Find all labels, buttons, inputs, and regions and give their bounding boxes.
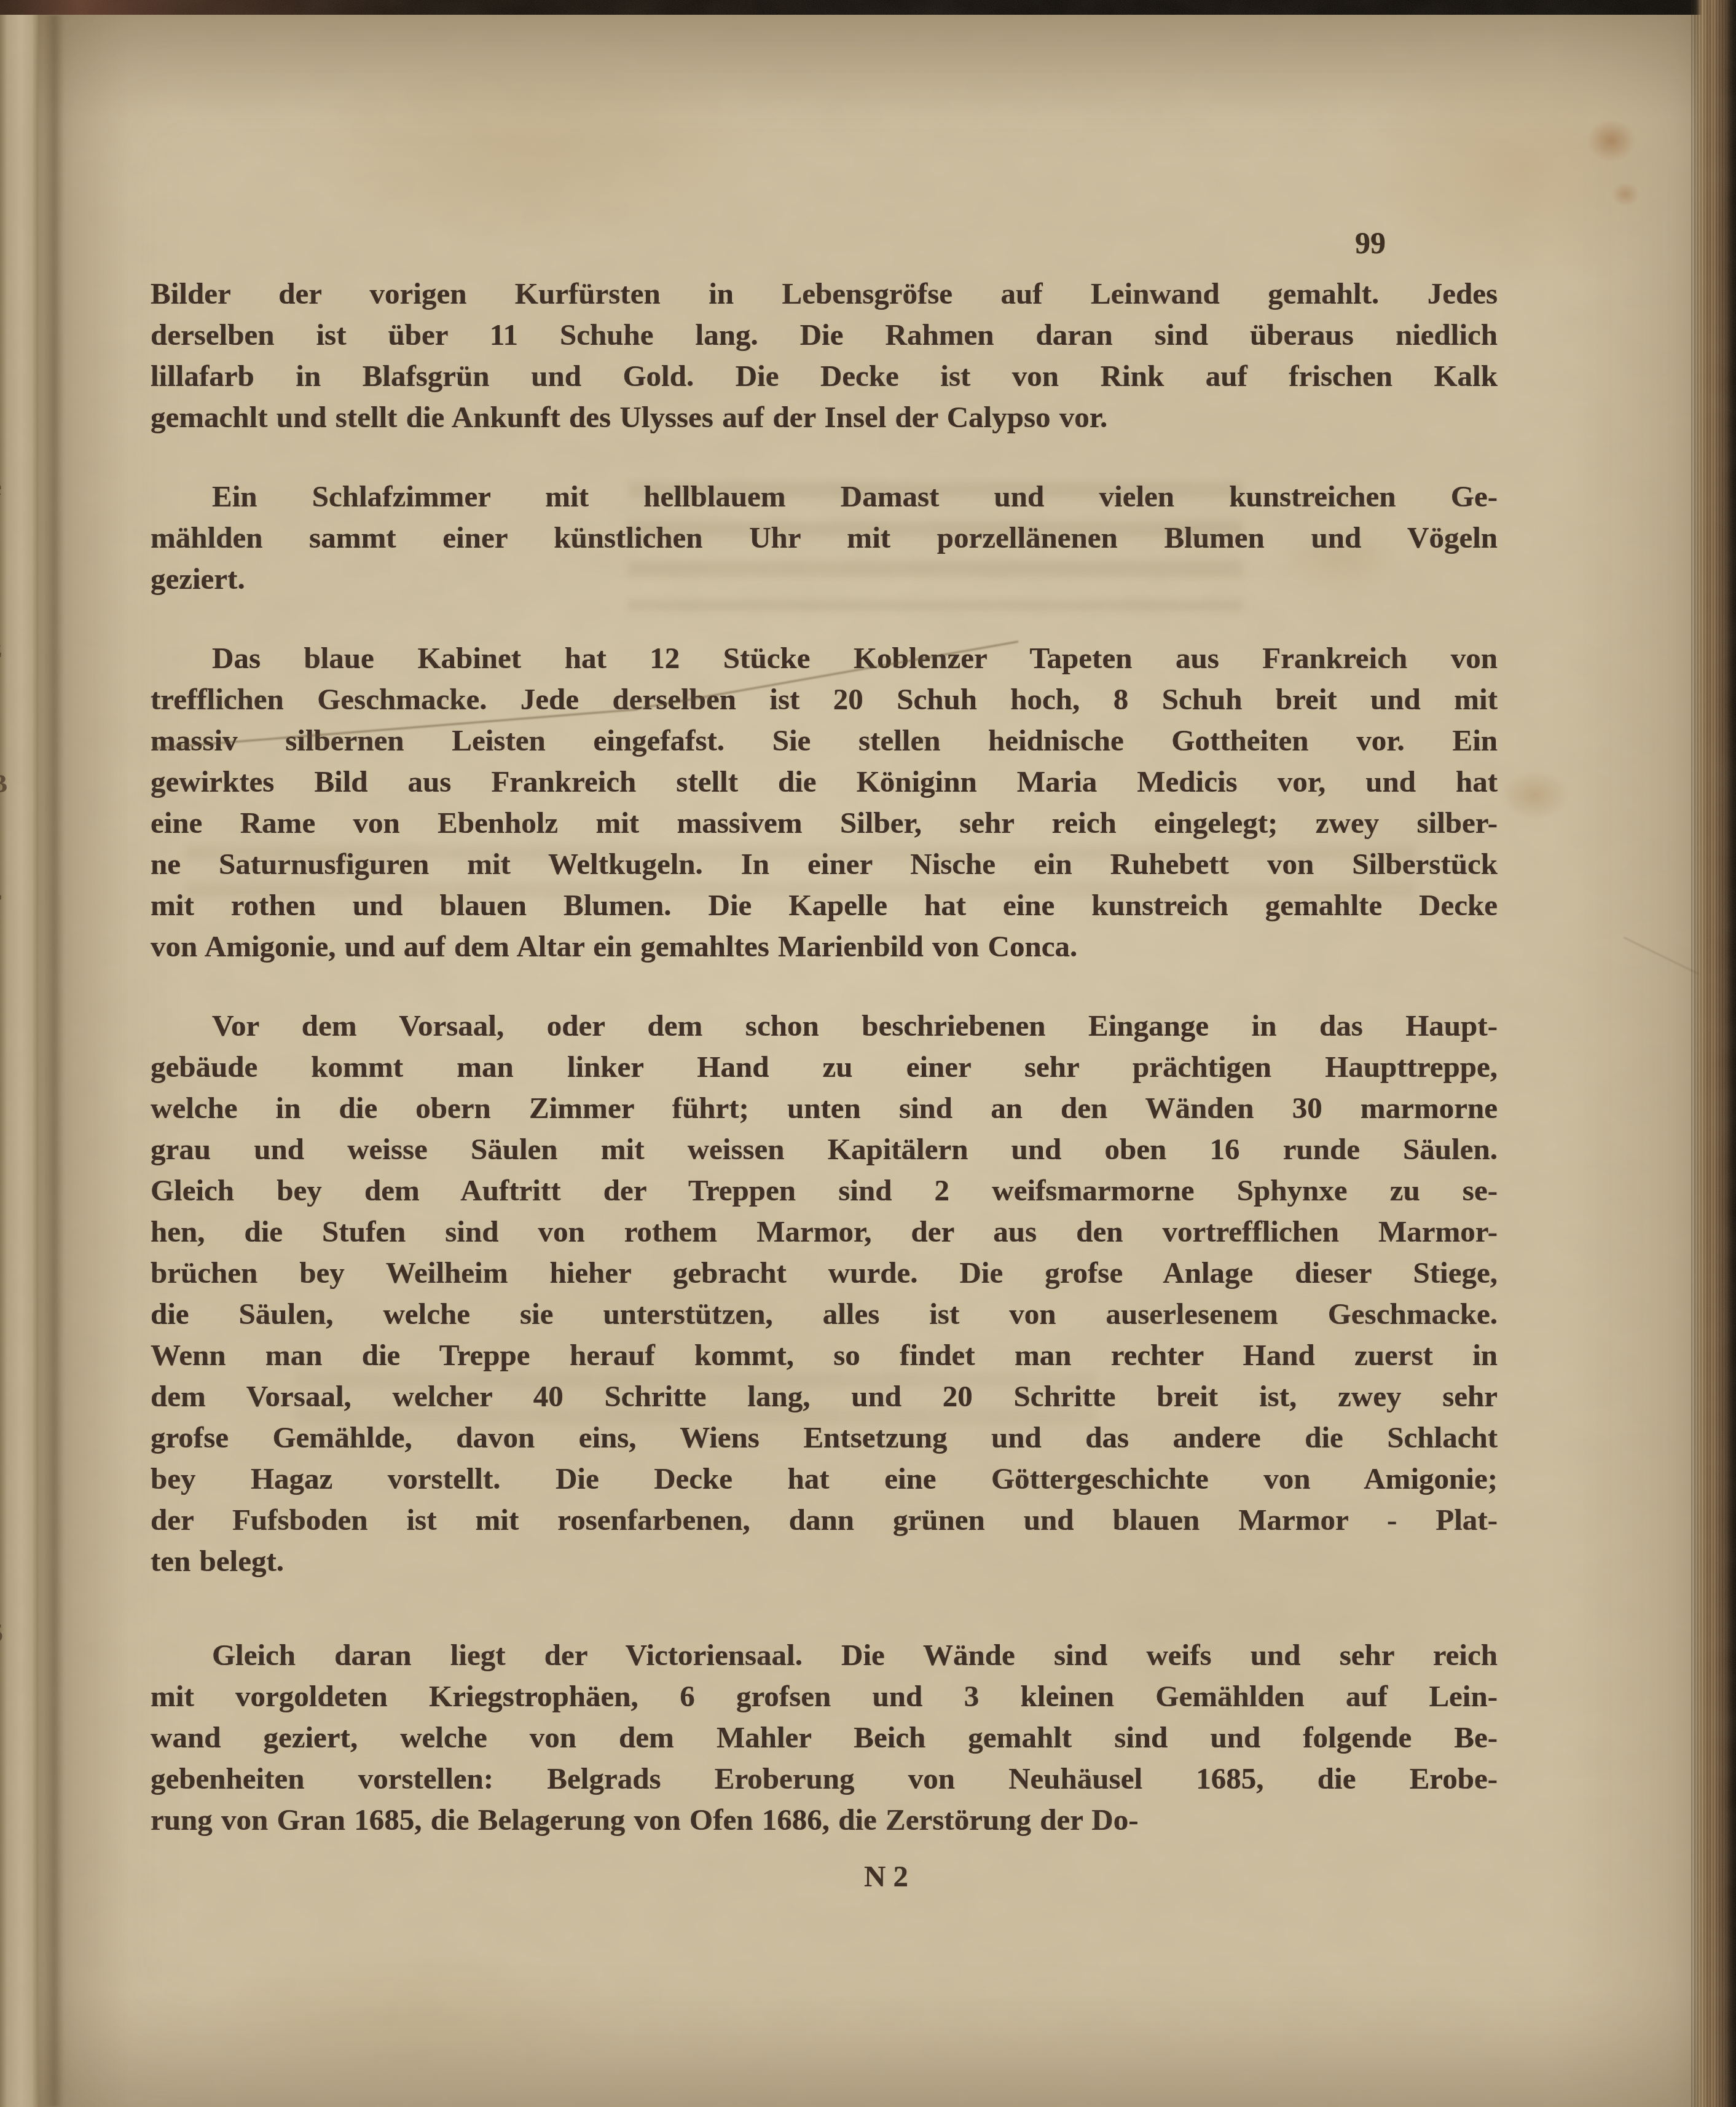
paragraph: Vor dem Vorsaal, oder dem schon beschrie… <box>151 1005 1498 1581</box>
text-line: massiv silbernen Leisten eingefafst. Sie… <box>151 720 1498 761</box>
text-line: rung von Gran 1685, die Belagerung von O… <box>151 1799 1498 1840</box>
gutter-crease-shadow <box>43 15 64 2107</box>
text-line: geziert. <box>151 558 1498 599</box>
book-page: 99 Bilder der vorigen Kurfürsten in Lebe… <box>38 15 1726 2107</box>
text-line: bey Hagaz vorstellt. Die Decke hat eine … <box>151 1458 1498 1499</box>
text-line: lillafarb in Blafsgrün und Gold. Die Dec… <box>151 355 1498 396</box>
paragraph: Das blaue Kabinet hat 12 Stücke Koblenze… <box>151 637 1498 967</box>
gutter-text-fragment: z <box>0 634 2 664</box>
text-line: ten belegt. <box>151 1540 1498 1581</box>
text-line: gemachlt und stellt die Ankunft des Ulys… <box>151 396 1498 438</box>
text-line: mit rothen und blauen Blumen. Die Kapell… <box>151 884 1498 926</box>
text-block: Bilder der vorigen Kurfürsten in Lebensg… <box>151 273 1498 1840</box>
text-line: Vor dem Vorsaal, oder dem schon beschrie… <box>151 1005 1498 1046</box>
gutter-text-fragment: B <box>0 770 7 799</box>
facing-page-gutter-edge: ,estzBrs,5 <box>0 15 38 2107</box>
text-line: Gleich daran liegt der Victoriensaal. Di… <box>151 1634 1498 1676</box>
text-line: Das blaue Kabinet hat 12 Stücke Koblenze… <box>151 637 1498 679</box>
scanned-book-page-photo: ,estzBrs,5 99 Bilder der vorigen Kurfürs… <box>0 0 1736 2107</box>
text-line: Ein Schlafzimmer mit hellblauem Damast u… <box>151 476 1498 517</box>
text-line: die Säulen, welche sie unterstützen, all… <box>151 1293 1498 1334</box>
paragraph: Ein Schlafzimmer mit hellblauem Damast u… <box>151 476 1498 599</box>
paper-stain <box>296 52 763 248</box>
text-line: welche in die obern Zimmer führt; unten … <box>151 1087 1498 1128</box>
text-line: grofse Gemählde, davon eins, Wiens Entse… <box>151 1417 1498 1458</box>
text-line: Gleich bey dem Auftritt der Treppen sind… <box>151 1170 1498 1211</box>
gutter-text-fragment: e <box>0 473 2 502</box>
gutter-text-fragment: 5 <box>0 1619 3 1648</box>
page-stack-fore-edge <box>1691 0 1736 2107</box>
text-line: gebenheiten vorstellen: Belgrads Eroberu… <box>151 1758 1498 1799</box>
text-line: mit vorgoldeten Kriegstrophäen, 6 grofse… <box>151 1676 1498 1717</box>
text-line: Wenn man die Treppe herauf kommt, so fin… <box>151 1334 1498 1376</box>
foxing-spot <box>1587 119 1636 162</box>
text-line: grau und weisse Säulen mit weissen Kapit… <box>151 1128 1498 1170</box>
text-line: ne Saturnusfiguren mit Weltkugeln. In ei… <box>151 843 1498 884</box>
text-line: eine Rame von Ebenholz mit massivem Silb… <box>151 802 1498 843</box>
text-line: der Fufsboden ist mit rosenfarbenen, dan… <box>151 1499 1498 1540</box>
text-line: trefflichen Geschmacke. Jede derselben i… <box>151 679 1498 720</box>
text-line: von Amigonie, und auf dem Altar ein gema… <box>151 926 1498 967</box>
text-line: gebäude kommt man linker Hand zu einer s… <box>151 1046 1498 1087</box>
foxing-spot <box>1611 182 1640 207</box>
paper-stain <box>198 1945 628 2092</box>
page-number: 99 <box>1321 225 1420 261</box>
text-line: dem Vorsaal, welcher 40 Schritte lang, u… <box>151 1376 1498 1417</box>
gutter-text-fragment: r <box>0 884 2 914</box>
text-line: brüchen bey Weilheim hieher gebracht wur… <box>151 1252 1498 1293</box>
foxing-spot <box>1501 771 1568 820</box>
text-line: hen, die Stufen sind von rothem Marmor, … <box>151 1211 1498 1252</box>
paragraph: Gleich daran liegt der Victoriensaal. Di… <box>151 1634 1498 1840</box>
signature-mark: N 2 <box>837 1859 935 1894</box>
text-line: mählden sammt einer künstlichen Uhr mit … <box>151 517 1498 558</box>
text-line: gewirktes Bild aus Frankreich stellt die… <box>151 761 1498 802</box>
text-line: derselben ist über 11 Schuhe lang. Die R… <box>151 314 1498 355</box>
paragraph: Bilder der vorigen Kurfürsten in Lebensg… <box>151 273 1498 438</box>
text-line: wand geziert, welche von dem Mahler Beic… <box>151 1717 1498 1758</box>
text-line: Bilder der vorigen Kurfürsten in Lebensg… <box>151 273 1498 314</box>
